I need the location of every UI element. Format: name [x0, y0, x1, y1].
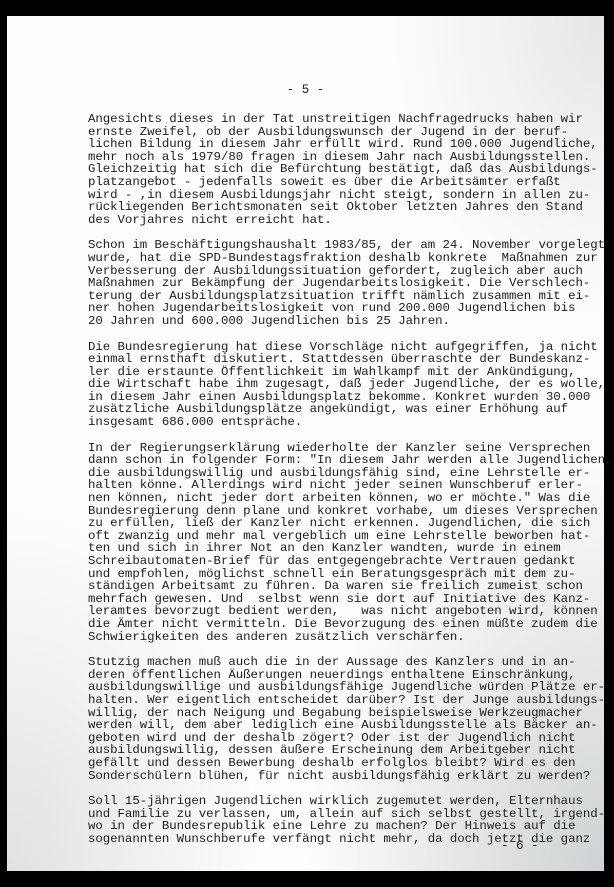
paragraph: In der Regierungserklärung wiederholte d… — [88, 442, 608, 644]
text-line: die Wirtschaft habe ihm zugesagt, daß je… — [88, 378, 608, 391]
text-line: wurde, hat die SPD-Bundestagsfraktion de… — [88, 252, 608, 265]
text-line: Soll 15-jährigen Jugendlichen wirklich z… — [88, 795, 608, 808]
text-line: nen können, nicht jeder dort arbeiten kö… — [88, 492, 608, 505]
text-line: werden will, dem aber lediglich eine Aus… — [88, 719, 608, 732]
paragraph: Angesichts dieses in der Tat unstreitige… — [88, 113, 608, 226]
text-line: Maßnahmen zur Bekämpfung der Jugendarbei… — [88, 277, 608, 290]
text-line: Sonderschülern blühen, für nicht ausbild… — [88, 770, 608, 783]
text-line: einmal ernsthaft diskutiert. Stattdessen… — [88, 353, 608, 366]
paragraph: Stutzig machen muß auch die in der Aussa… — [88, 656, 608, 782]
paragraph: Soll 15-jährigen Jugendlichen wirklich z… — [88, 795, 608, 845]
text-line: halten. Wer eigentlich entscheidet darüb… — [88, 694, 608, 707]
text-line: zu erfüllen, ließ der Kanzler nicht erke… — [88, 517, 608, 530]
text-line: Schwierigkeiten des anderen zusätzlich v… — [88, 631, 608, 644]
document-body: Angesichts dieses in der Tat unstreitige… — [88, 113, 608, 858]
paragraph: Die Bundesregierung hat diese Vorschläge… — [88, 341, 608, 429]
text-line: wo in der Bundesrepublik eine Lehre zu m… — [88, 820, 608, 833]
text-line: 20 Jahren und 600.000 Jugendlichen bis 2… — [88, 315, 608, 328]
text-line: Angesichts dieses in der Tat unstreitige… — [88, 113, 608, 126]
paragraph: Schon im Beschäftigungshaushalt 1983/85,… — [88, 239, 608, 327]
text-line: lichen Bildung in diesem Jahr erfüllt wi… — [88, 138, 608, 151]
text-line: Stutzig machen muß auch die in der Aussa… — [88, 656, 608, 669]
page-number-top: - 5 - — [7, 83, 604, 97]
document-page: - 5 - Angesichts dieses in der Tat unstr… — [7, 16, 604, 871]
text-line: ständigen Arbeitsamt zu führen. Da waren… — [88, 580, 608, 593]
text-line: Schreibautomaten-Brief für das entgegeng… — [88, 555, 608, 568]
text-line: gefällt und dessen Bewerbung deshalb erf… — [88, 757, 608, 770]
text-line: des Vorjahres nicht erreicht hat. — [88, 214, 608, 227]
text-line: rückliegenden Berichtsmonaten seit Oktob… — [88, 201, 608, 214]
text-line: insgesamt 686.000 entspräche. — [88, 416, 608, 429]
page-number-bottom: - 6 - — [501, 839, 539, 853]
text-line: dann schon in folgender Form: "In diesem… — [88, 454, 608, 467]
text-line: die Ämter nicht vermitteln. Die Bevorzug… — [88, 618, 608, 631]
text-line: platzangebot - jedenfalls soweit es über… — [88, 176, 608, 189]
